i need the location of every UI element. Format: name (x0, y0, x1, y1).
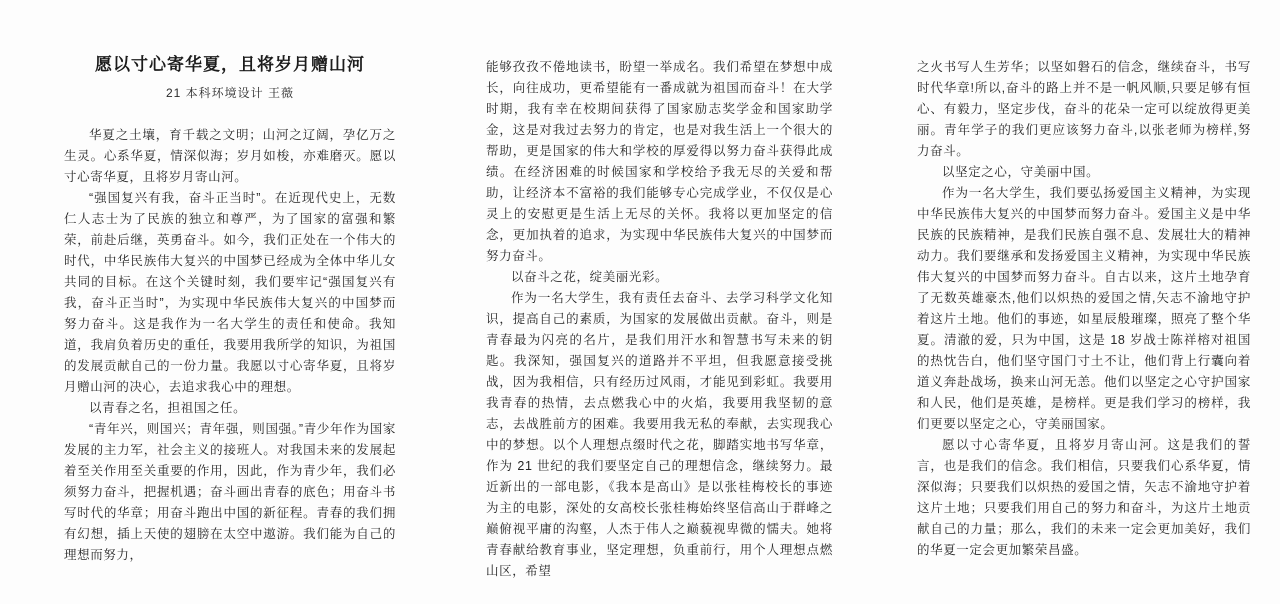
column-1: 愿以寸心寄华夏，且将岁月赠山河 21 本科环境设计 王薇 华夏之土壤，育千载之文… (64, 50, 396, 566)
paragraph: 以奋斗之花，绽美丽光彩。 (486, 267, 833, 288)
paragraph: 作为一名大学生，我有责任去奋斗、去学习科学文化知识，提高自己的素质，为国家的发展… (486, 288, 833, 582)
paragraph: 以坚定之心，守美丽中国。 (917, 162, 1251, 183)
paragraph: “青年兴，则国兴；青年强，则国强。”青少年作为国家发展的主力军，社会主义的接班人… (64, 419, 396, 566)
column-2-body: 能够孜孜不倦地读书，盼望一举成名。我们希望在梦想中成长，向往成功，更希望能有一番… (486, 57, 833, 582)
column-3-body: 之火书写人生芳华；以坚如磐石的信念，继续奋斗，书写时代华章!所以,奋斗的路上并不… (917, 57, 1251, 561)
paragraph: “强国复兴有我，奋斗正当时”。在近现代史上，无数仁人志士为了民族的独立和尊严，为… (64, 188, 396, 398)
column-2: 能够孜孜不倦地读书，盼望一举成名。我们希望在梦想中成长，向往成功，更希望能有一番… (486, 57, 833, 582)
paragraph: 愿以寸心寄华夏，且将岁月寄山河。这是我们的誓言，也是我们的信念。我们相信，只要我… (917, 435, 1251, 561)
document-title: 愿以寸心寄华夏，且将岁月赠山河 (64, 50, 396, 75)
document-byline: 21 本科环境设计 王薇 (64, 84, 396, 101)
paragraph: 之火书写人生芳华；以坚如磐石的信念，继续奋斗，书写时代华章!所以,奋斗的路上并不… (917, 57, 1251, 162)
paragraph: 能够孜孜不倦地读书，盼望一举成名。我们希望在梦想中成长，向往成功，更希望能有一番… (486, 57, 833, 267)
document-page: 愿以寸心寄华夏，且将岁月赠山河 21 本科环境设计 王薇 华夏之土壤，育千载之文… (0, 0, 1280, 604)
column-3: 之火书写人生芳华；以坚如磐石的信念，继续奋斗，书写时代华章!所以,奋斗的路上并不… (917, 57, 1251, 561)
paragraph: 华夏之土壤，育千载之文明；山河之辽阔，孕亿万之生灵。心系华夏，情深似海；岁月如梭… (64, 125, 396, 188)
paragraph: 作为一名大学生，我们要弘扬爱国主义精神，为实现中华民族伟大复兴的中国梦而努力奋斗… (917, 183, 1251, 435)
column-1-body: 华夏之土壤，育千载之文明；山河之辽阔，孕亿万之生灵。心系华夏，情深似海；岁月如梭… (64, 125, 396, 566)
paragraph: 以青春之名，担祖国之任。 (64, 398, 396, 419)
